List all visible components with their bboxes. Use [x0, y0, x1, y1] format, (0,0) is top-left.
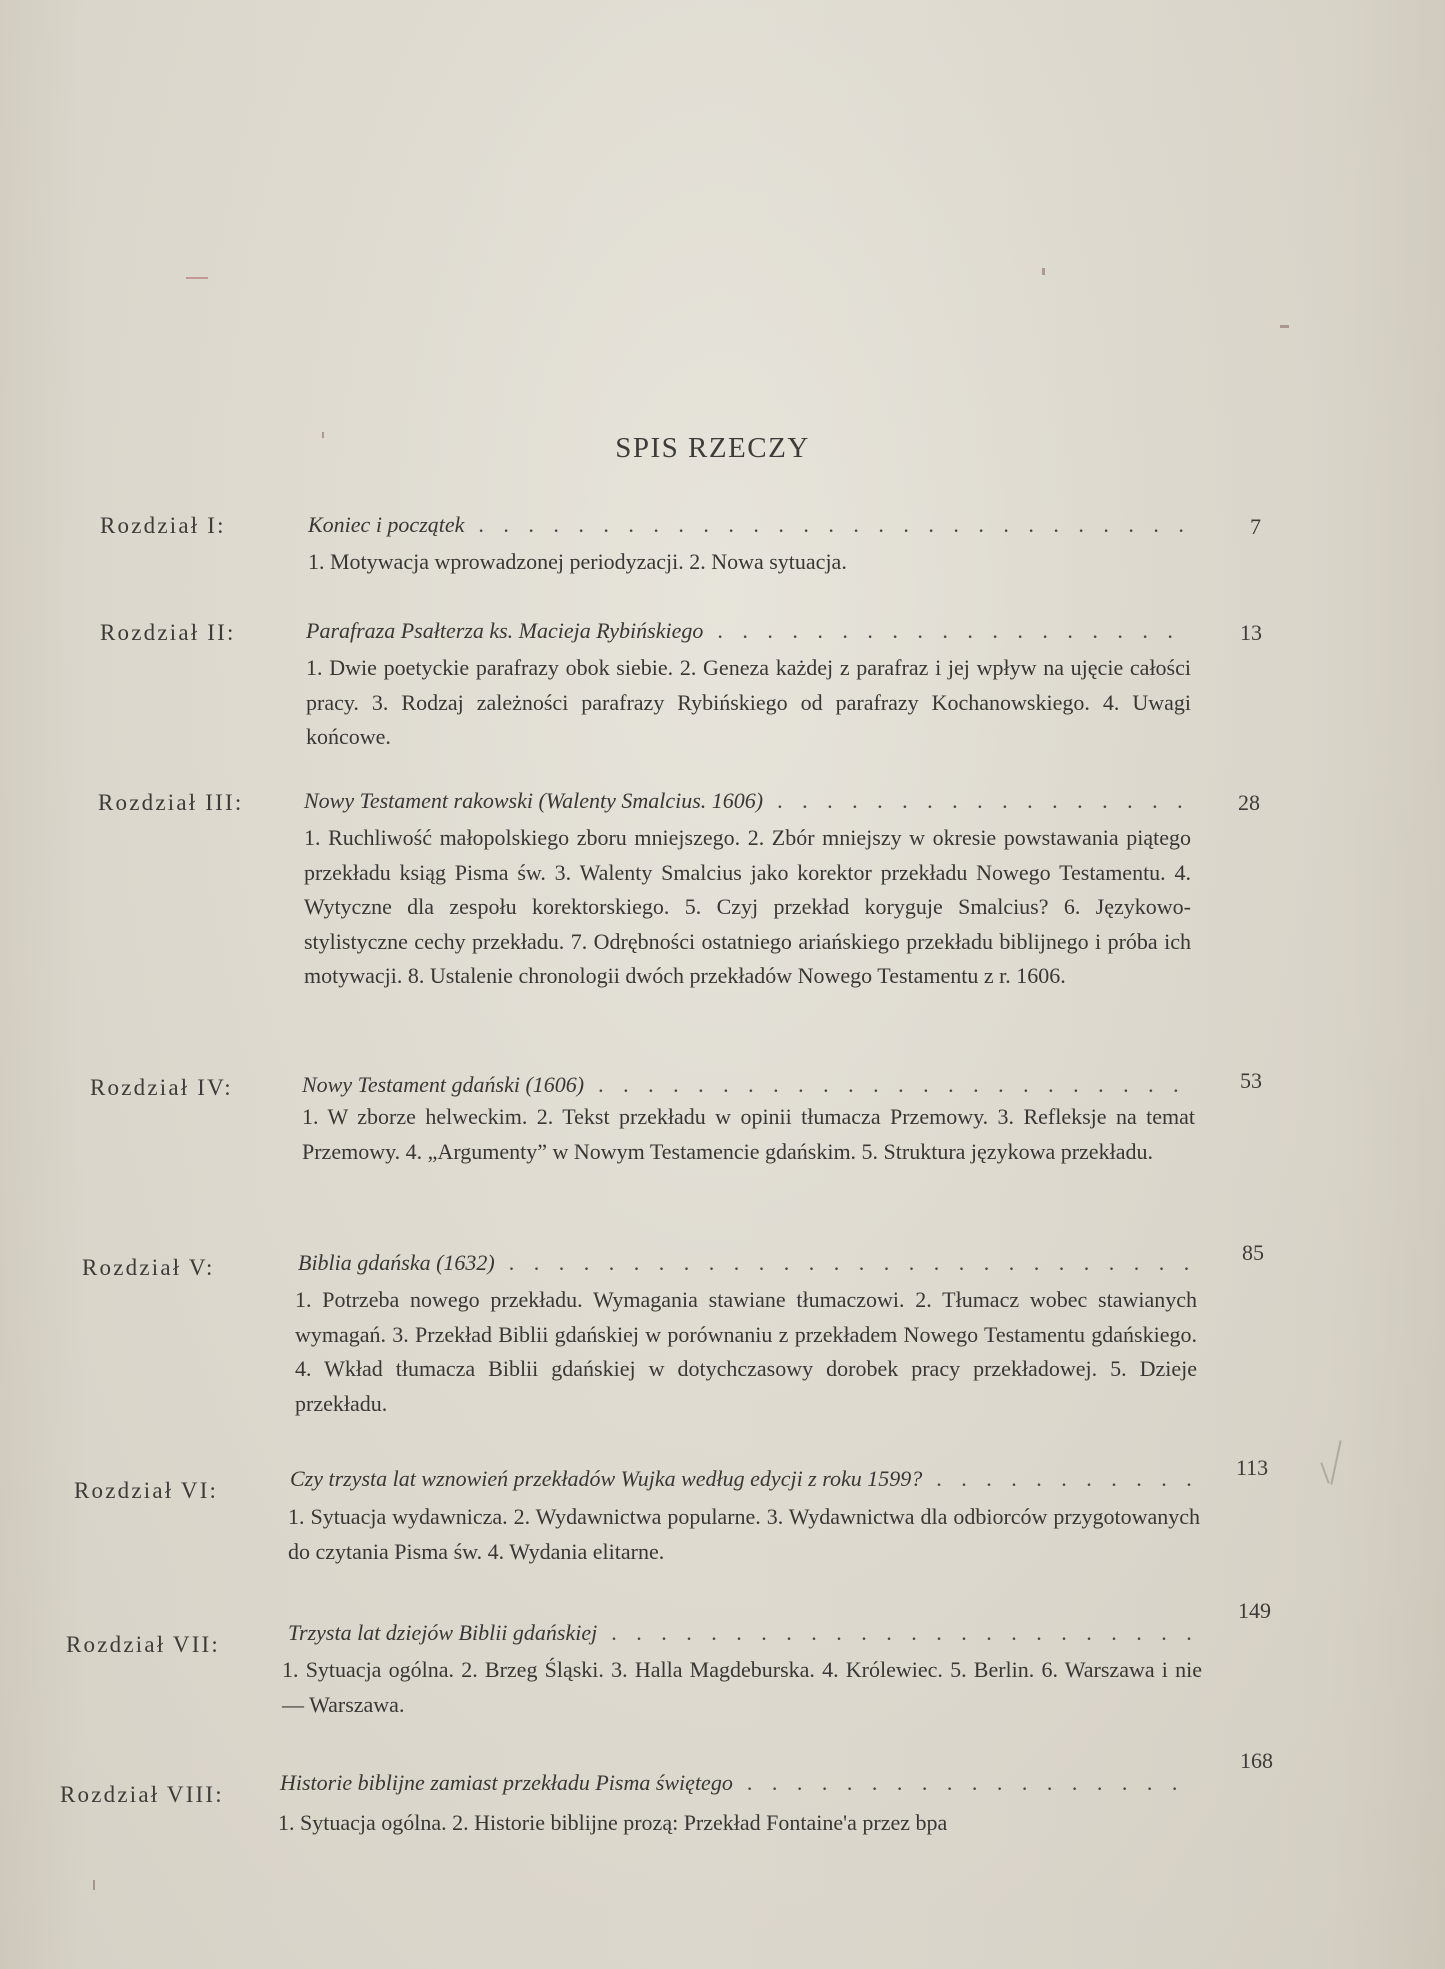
chapter-label: Rozdział II: [100, 620, 236, 646]
chapter-label: Rozdział VII: [66, 1632, 220, 1658]
chapter-description: 1. Potrzeba nowego przekładu. Wymagania … [295, 1283, 1197, 1421]
chapter-label: Rozdział V: [82, 1255, 215, 1281]
chapter-heading: Nowy Testament gdański (1606) [302, 1072, 1192, 1102]
chapter-description: 1. Dwie poetyckie parafrazy obok siebie.… [306, 651, 1191, 755]
chapter-description: 1. Sytuacja ogólna. 2. Historie biblijne… [278, 1806, 1203, 1841]
dot-leader [922, 1466, 1196, 1492]
chapter-description: 1. Sytuacja ogólna. 2. Brzeg Śląski. 3. … [282, 1653, 1202, 1722]
page-title: SPIS RZECZY [0, 432, 1445, 465]
book-page: SPIS RZECZY Rozdział I: Koniec i począte… [0, 0, 1445, 1969]
chapter-label: Rozdział VI: [74, 1478, 218, 1504]
chapter-description: 1. Ruchliwość małopolskiego zboru mniejs… [304, 821, 1191, 994]
chapter-heading: Biblia gdańska (1632) [298, 1250, 1194, 1280]
chapter-heading: Parafraza Psałterza ks. Macieja Rybiński… [306, 618, 1188, 648]
paper-speck [1280, 325, 1289, 328]
chapter-title: Czy trzysta lat wznowień przekładów Wujk… [290, 1466, 922, 1492]
pencil-check-mark [1330, 1440, 1341, 1484]
chapter-title: Koniec i początek [308, 512, 464, 538]
chapter-label: Rozdział III: [98, 790, 243, 816]
dot-leader [584, 1072, 1192, 1098]
chapter-description: 1. Sytuacja wydawnicza. 2. Wydawnictwa p… [288, 1500, 1200, 1569]
chapter-heading: Czy trzysta lat wznowień przekładów Wujk… [290, 1466, 1196, 1496]
dot-leader [703, 618, 1188, 644]
pencil-check-mark [1320, 1462, 1329, 1483]
page-number: 7 [1250, 514, 1261, 540]
chapter-description: 1. Motywacja wprowadzonej periodyzacji. … [308, 545, 1188, 580]
page-number: 149 [1238, 1598, 1271, 1624]
dot-leader [495, 1250, 1194, 1276]
chapter-title: Nowy Testament rakowski (Walenty Smalciu… [304, 788, 763, 814]
chapter-label: Rozdział IV: [90, 1075, 233, 1101]
paper-speck [322, 432, 324, 438]
page-number: 53 [1240, 1068, 1262, 1094]
chapter-heading: Historie biblijne zamiast przekładu Pism… [280, 1770, 1196, 1800]
chapter-title: Nowy Testament gdański (1606) [302, 1072, 584, 1098]
page-number: 28 [1238, 790, 1260, 816]
page-number: 85 [1242, 1240, 1264, 1266]
paper-speck [1042, 268, 1045, 275]
chapter-title: Trzysta lat dziejów Biblii gdańskiej [288, 1620, 597, 1646]
chapter-heading: Nowy Testament rakowski (Walenty Smalciu… [304, 788, 1188, 818]
paper-speck [186, 277, 208, 279]
dot-leader [597, 1620, 1196, 1646]
chapter-label: Rozdział I: [100, 513, 226, 539]
chapter-description: 1. W zborze helweckim. 2. Tekst przekład… [302, 1100, 1195, 1169]
chapter-title: Biblia gdańska (1632) [298, 1250, 495, 1276]
page-title-text: SPIS RZECZY [615, 432, 810, 465]
chapter-label: Rozdział VIII: [60, 1782, 224, 1808]
paper-speck [93, 1880, 95, 1890]
chapter-heading: Koniec i początek [308, 512, 1188, 542]
dot-leader [763, 788, 1188, 814]
chapter-title: Parafraza Psałterza ks. Macieja Rybiński… [306, 618, 703, 644]
chapter-heading: Trzysta lat dziejów Biblii gdańskiej [288, 1620, 1196, 1650]
chapter-title: Historie biblijne zamiast przekładu Pism… [280, 1770, 733, 1796]
page-number: 13 [1240, 620, 1262, 646]
dot-leader [464, 512, 1188, 538]
page-number: 168 [1240, 1748, 1273, 1774]
page-number: 113 [1236, 1455, 1268, 1481]
dot-leader [733, 1770, 1196, 1796]
